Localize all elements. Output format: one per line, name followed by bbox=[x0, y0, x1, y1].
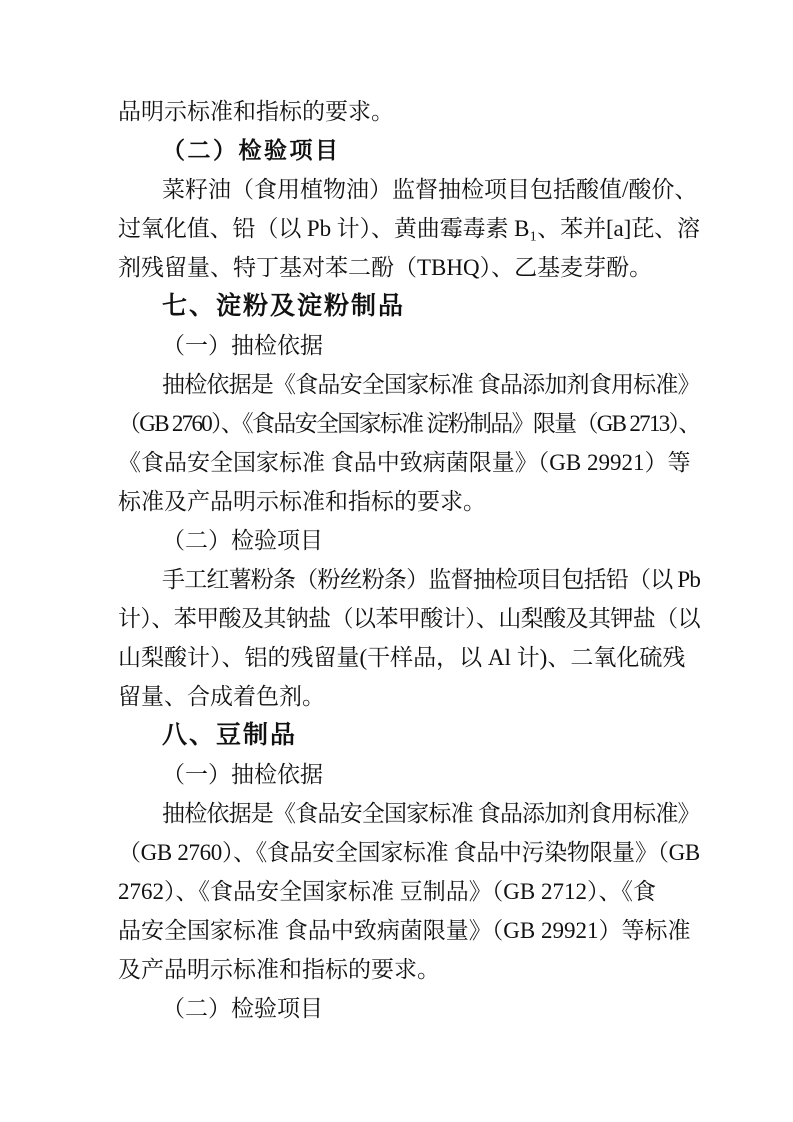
paragraph-last-line: 留量、合成着色剂。 bbox=[118, 677, 700, 716]
paragraph-line: 山梨酸计）、铝的残留量(干样品，以 Al 计)、二氧化硫残 bbox=[118, 638, 700, 677]
paragraph-line: 品安全国家标准 食品中致病菌限量》（GB 29921）等标准 bbox=[118, 911, 700, 950]
paragraph-first-line: 手工红薯粉条（粉丝粉条）监督抽检项目包括铅（以 Pb bbox=[118, 560, 700, 599]
paragraph-first-line: 抽检依据是《食品安全国家标准 食品添加剂食用标准》 bbox=[118, 365, 700, 404]
paragraph-last-line: 剂残留量、特丁基对苯二酚（TBHQ）、乙基麦芽酚。 bbox=[118, 248, 700, 287]
document-body: 品明示标准和指标的要求。（二）检验项目菜籽油（食用植物油）监督抽检项目包括酸值/… bbox=[118, 92, 700, 1028]
paragraph-last-line: 品明示标准和指标的要求。 bbox=[118, 92, 700, 131]
paragraph-line: （GB 2760）、《食品安全国家标准 淀粉制品》限量（GB 2713）、 bbox=[118, 404, 700, 443]
paragraph-last-line: 标准及产品明示标准和指标的要求。 bbox=[118, 482, 700, 521]
subsection-heading: （一）抽检依据 bbox=[118, 755, 700, 794]
subsection-heading: （二）检验项目 bbox=[118, 521, 700, 560]
subsection-heading: （一）抽检依据 bbox=[118, 326, 700, 365]
paragraph-first-line: 抽检依据是《食品安全国家标准 食品添加剂食用标准》 bbox=[118, 794, 700, 833]
document-page: 品明示标准和指标的要求。（二）检验项目菜籽油（食用植物油）监督抽检项目包括酸值/… bbox=[0, 0, 793, 1122]
subsection-heading-bold: （二）检验项目 bbox=[118, 131, 700, 170]
paragraph-line: （GB 2760）、《食品安全国家标准 食品中污染物限量》（GB bbox=[118, 833, 700, 872]
paragraph-line: 《食品安全国家标准 食品中致病菌限量》（GB 29921）等 bbox=[118, 443, 700, 482]
paragraph-line: 2762）、《食品安全国家标准 豆制品》（GB 2712）、《食 bbox=[118, 872, 700, 911]
paragraph-line: 计）、苯甲酸及其钠盐（以苯甲酸计）、山梨酸及其钾盐（以 bbox=[118, 599, 700, 638]
paragraph-last-line: 及产品明示标准和指标的要求。 bbox=[118, 950, 700, 989]
section-heading: 七、淀粉及淀粉制品 bbox=[118, 287, 700, 326]
subsection-heading: （二）检验项目 bbox=[118, 989, 700, 1028]
paragraph-line: 过氧化值、铅（以 Pb 计）、黄曲霉毒素 B₁、苯并[a]芘、溶 bbox=[118, 209, 700, 248]
section-heading: 八、豆制品 bbox=[118, 716, 700, 755]
paragraph-first-line: 菜籽油（食用植物油）监督抽检项目包括酸值/酸价、 bbox=[118, 170, 700, 209]
